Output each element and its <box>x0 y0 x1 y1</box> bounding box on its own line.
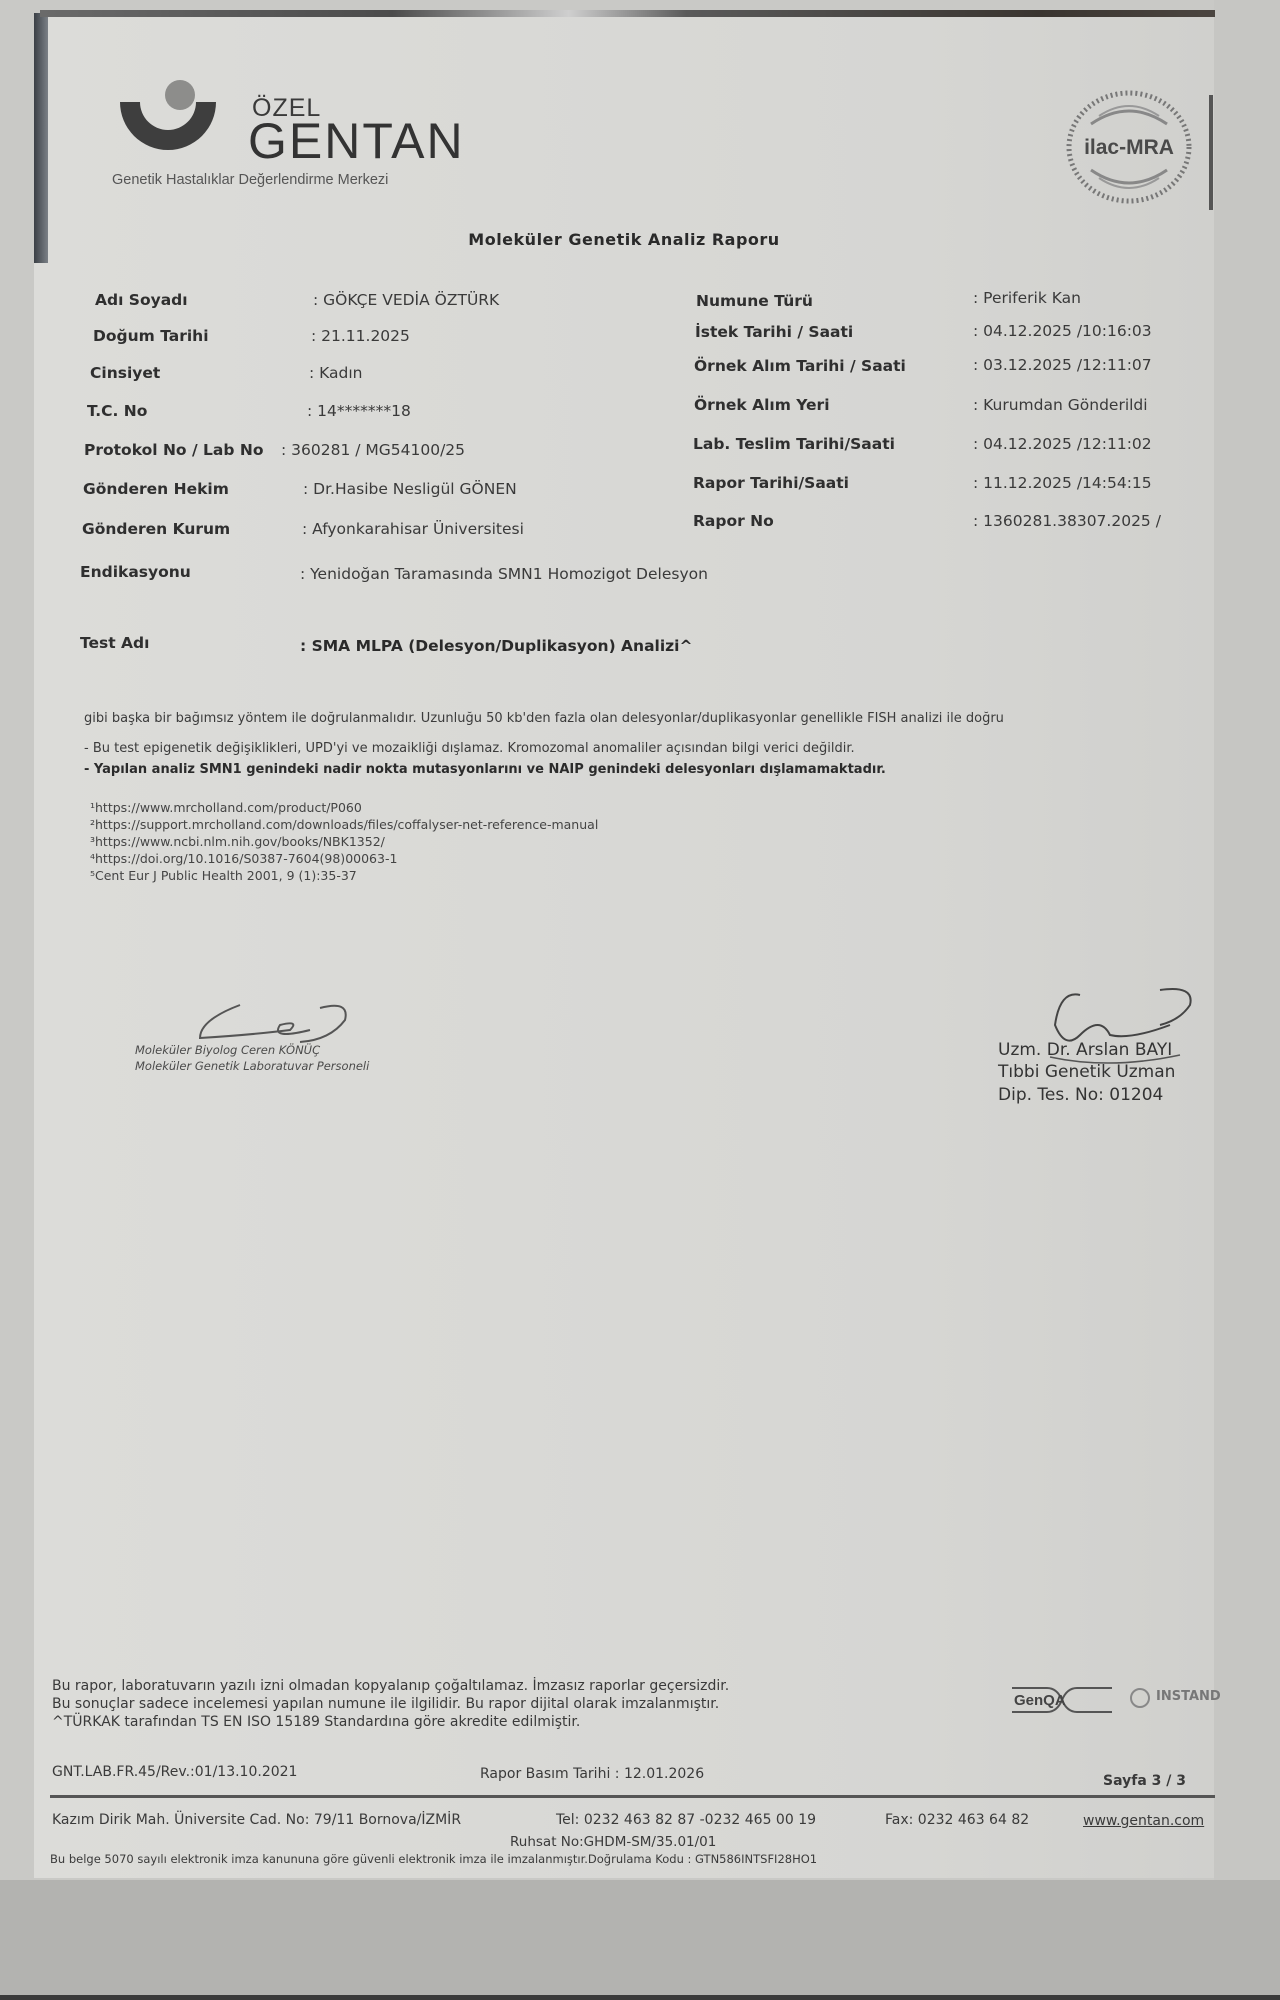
phone: Tel: 0232 463 82 87 -0232 465 00 19 <box>556 1812 816 1828</box>
note-line: - Bu test epigenetik değişiklikleri, UPD… <box>84 741 855 756</box>
field-value: : 360281 / MG54100/25 <box>281 441 465 459</box>
signature-left-name: Moleküler Biyolog Ceren KÖNÜÇ <box>135 1043 320 1057</box>
logo-tagline: Genetik Hastalıklar Değerlendirme Merkez… <box>112 172 388 188</box>
signature-right-title: Tıbbi Genetik Uzman <box>998 1062 1175 1082</box>
instand-logo-icon <box>1130 1688 1150 1708</box>
disclaimer-line: Bu sonuçlar sadece incelemesi yapılan nu… <box>52 1696 719 1712</box>
field-value: : 11.12.2025 /14:54:15 <box>973 474 1152 492</box>
paper-edge-shadow <box>34 13 48 263</box>
field-value: : 14*******18 <box>307 402 411 420</box>
signature-right-diploma: Dip. Tes. No: 01204 <box>998 1085 1163 1105</box>
field-value: : Afyonkarahisar Üniversitesi <box>302 520 524 538</box>
field-value: : Yenidoğan Taramasında SMN1 Homozigot D… <box>300 565 708 583</box>
field-label: Örnek Alım Tarihi / Saati <box>694 357 906 375</box>
instand-logo-text: INSTAND <box>1156 1689 1221 1704</box>
test-name-value: : SMA MLPA (Delesyon/Duplikasyon) Analiz… <box>300 637 693 655</box>
field-label: Lab. Teslim Tarihi/Saati <box>693 435 895 453</box>
page-number: Sayfa 3 / 3 <box>1103 1773 1186 1789</box>
field-value: : Kadın <box>309 364 363 382</box>
field-value: : Dr.Hasibe Nesligül GÖNEN <box>303 480 517 498</box>
disclaimer-line: ^TÜRKAK tarafından TS EN ISO 15189 Stand… <box>52 1714 580 1730</box>
field-label: Örnek Alım Yeri <box>694 396 830 414</box>
field-label: T.C. No <box>87 402 147 420</box>
seal-divider <box>1209 95 1213 210</box>
field-label: İstek Tarihi / Saati <box>695 323 853 341</box>
field-value: : GÖKÇE VEDİA ÖZTÜRK <box>313 291 499 309</box>
logo-arc-icon <box>118 100 218 158</box>
note-line: - Yapılan analiz SMN1 genindeki nadir no… <box>84 762 886 777</box>
signature-right-name: Uzm. Dr. Arslan BAYI <box>998 1040 1172 1060</box>
report-title: Moleküler Genetik Analiz Raporu <box>34 230 1214 249</box>
field-label: Numune Türü <box>696 292 813 310</box>
right-margin <box>1214 0 1280 1880</box>
field-value: : 04.12.2025 /12:11:02 <box>973 435 1152 453</box>
website-link[interactable]: www.gentan.com <box>1083 1813 1204 1829</box>
field-label: Endikasyonu <box>80 563 191 581</box>
logo-gentan-text: GENTAN <box>248 112 465 170</box>
bottom-edge <box>0 1995 1280 2000</box>
signature-left-title: Moleküler Genetik Laboratuvar Personeli <box>135 1059 369 1073</box>
address: Kazım Dirik Mah. Üniversite Cad. No: 79/… <box>52 1812 461 1828</box>
field-label: Gönderen Hekim <box>83 480 229 498</box>
note-line: gibi başka bir bağımsız yöntem ile doğru… <box>84 711 1004 726</box>
field-value: : 03.12.2025 /12:11:07 <box>973 356 1152 374</box>
reference-link[interactable]: ²https://support.mrcholland.com/download… <box>90 817 598 832</box>
svg-text:GenQA: GenQA <box>1014 1692 1066 1709</box>
print-date: Rapor Basım Tarihi : 12.01.2026 <box>480 1766 704 1782</box>
reference-item: ⁵Cent Eur J Public Health 2001, 9 (1):35… <box>90 868 357 883</box>
field-label: Doğum Tarihi <box>93 327 209 345</box>
footer-divider <box>50 1795 1215 1798</box>
form-code: GNT.LAB.FR.45/Rev.:01/13.10.2021 <box>52 1764 297 1780</box>
field-label: Rapor Tarihi/Saati <box>693 474 849 492</box>
field-value: : 1360281.38307.2025 / <box>973 512 1161 530</box>
paper-top-edge <box>40 10 1215 17</box>
reference-link[interactable]: ⁴https://doi.org/10.1016/S0387-7604(98)0… <box>90 851 397 866</box>
field-label: Rapor No <box>693 512 774 530</box>
field-value: : 21.11.2025 <box>311 327 410 345</box>
reference-link[interactable]: ³https://www.ncbi.nlm.nih.gov/books/NBK1… <box>90 834 385 849</box>
disclaimer-line: Bu rapor, laboratuvarın yazılı izni olma… <box>52 1678 729 1694</box>
field-value: : 04.12.2025 /10:16:03 <box>973 322 1152 340</box>
reference-link[interactable]: ¹https://www.mrcholland.com/product/P060 <box>90 800 362 815</box>
svg-text:ilac-MRA: ilac-MRA <box>1084 136 1174 159</box>
genqa-logo-icon: GenQA <box>1012 1685 1112 1715</box>
esign-notice: Bu belge 5070 sayılı elektronik imza kan… <box>50 1852 817 1866</box>
field-label: Protokol No / Lab No <box>84 441 263 459</box>
ilac-mra-seal-icon: ilac-MRA <box>1063 88 1195 206</box>
field-label: Adı Soyadı <box>95 291 188 309</box>
license-number: Ruhsat No:GHDM-SM/35.01/01 <box>510 1834 716 1850</box>
field-value: : Periferik Kan <box>973 289 1081 307</box>
fax: Fax: 0232 463 64 82 <box>885 1812 1029 1828</box>
field-value: : Kurumdan Gönderildi <box>973 396 1148 414</box>
field-label: Cinsiyet <box>90 364 160 382</box>
field-label: Gönderen Kurum <box>82 520 230 538</box>
test-name-label: Test Adı <box>80 634 149 652</box>
